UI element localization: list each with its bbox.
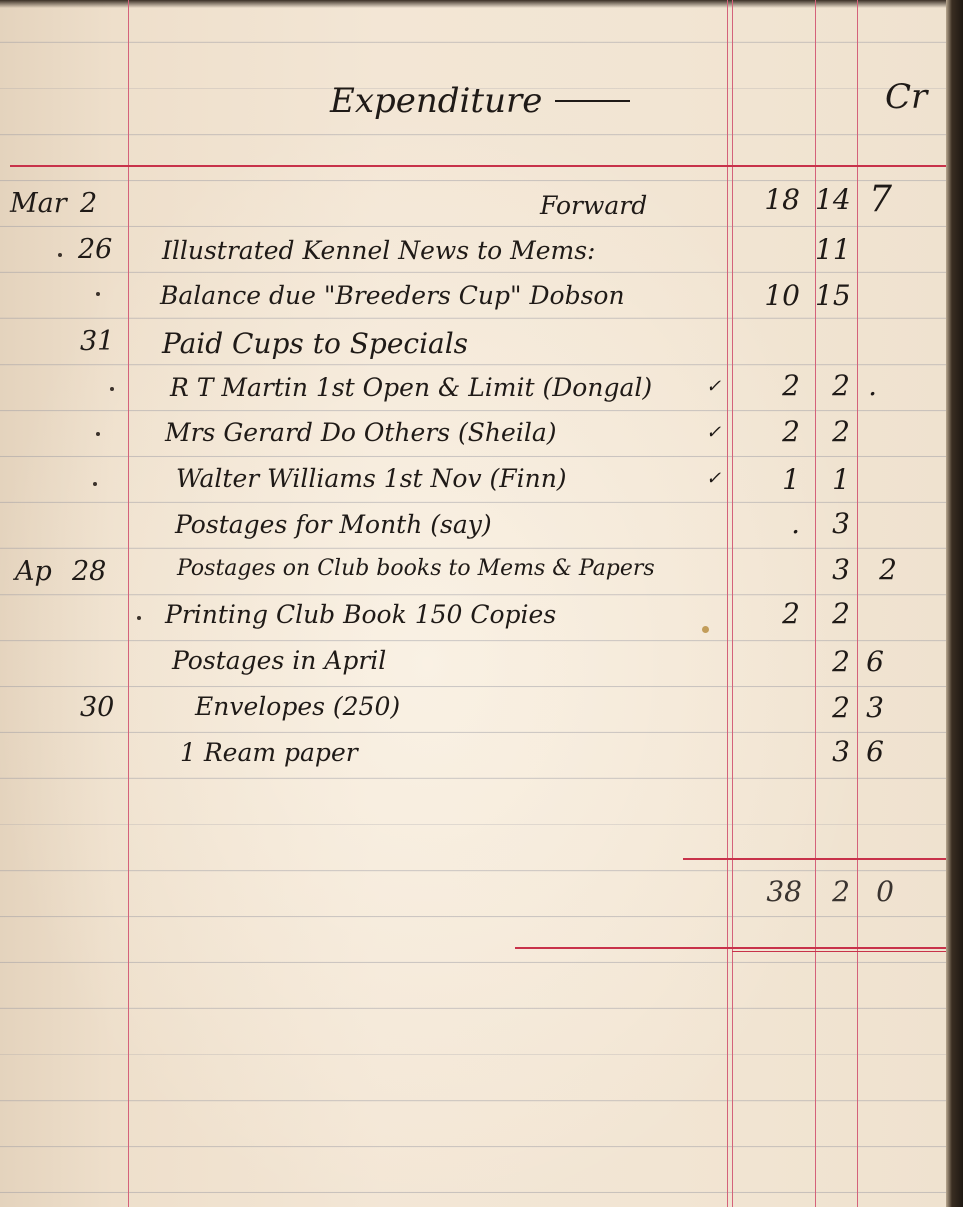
total-double-rule-bottom [732, 951, 946, 952]
row-description: Postages for Month (say) [175, 512, 492, 537]
row-day: 28 [72, 558, 106, 585]
row-pence: 7 [862, 182, 892, 218]
row-description: Forward [540, 193, 647, 218]
check-mark-icon: ✓ [706, 470, 721, 488]
row-description: Envelopes (250) [195, 694, 400, 719]
row-shillings: 11 [815, 236, 850, 264]
total-double-rule-top [515, 947, 946, 949]
row-description: Mrs Gerard Do Others (Sheila) [165, 420, 556, 445]
row-description: Postages on Club books to Mems & Papers [177, 558, 655, 580]
total-pence: 0 [862, 878, 894, 906]
check-mark-icon: ✓ [706, 424, 721, 442]
row-pounds: 10 [755, 282, 800, 310]
row-description: Illustrated Kennel News to Mems: [162, 238, 595, 263]
row-shillings: 2 [815, 600, 850, 628]
check-mark-icon: ✓ [706, 378, 721, 396]
row-pence: . [862, 372, 877, 400]
row-pence: 3 [862, 694, 884, 722]
pounds-column-rule-right [732, 0, 733, 1207]
total-shillings: 2 [815, 878, 850, 906]
row-shillings: 3 [815, 510, 850, 538]
paper-stain [702, 626, 709, 633]
row-pounds: 2 [755, 600, 800, 628]
header-red-rule [10, 165, 946, 167]
row-description: Paid Cups to Specials [162, 330, 468, 358]
row-pence: 2 [862, 556, 897, 584]
ink-dot [93, 482, 97, 486]
total-pounds: 38 [740, 878, 802, 906]
row-description: Postages in April [172, 648, 386, 673]
pounds-column-rule-left [727, 0, 728, 1207]
row-shillings: 15 [815, 282, 850, 310]
date-margin-rule [128, 0, 129, 1207]
row-pounds: 2 [755, 372, 800, 400]
ink-dot [58, 253, 62, 257]
row-pounds: 2 [755, 418, 800, 446]
credit-side-label: Cr [885, 80, 927, 114]
page-top-shadow [0, 0, 950, 8]
ink-dot [96, 432, 100, 436]
row-description: Walter Williams 1st Nov (Finn) [176, 466, 567, 491]
row-description: Balance due "Breeders Cup" Dobson [160, 283, 625, 308]
row-shillings: 3 [815, 738, 850, 766]
ink-dot [110, 387, 114, 391]
page-heading: Expenditure [330, 84, 542, 118]
row-description: R T Martin 1st Open & Limit (Dongal) [170, 375, 652, 400]
row-description: Printing Club Book 150 Copies [165, 602, 556, 627]
row-day: 26 [78, 236, 112, 263]
row-day: 30 [80, 694, 114, 721]
book-edge [946, 0, 963, 1207]
row-day: 2 [80, 190, 97, 217]
pence-column-rule [857, 0, 858, 1207]
row-month: Ap [15, 558, 52, 585]
row-shillings: 2 [815, 694, 850, 722]
ledger-page: Expenditure Cr Mar 2 Forward 18 14 7 26 … [0, 0, 950, 1207]
ink-dot [96, 292, 100, 296]
subtotal-red-rule [683, 858, 946, 860]
row-shillings: 1 [815, 466, 850, 494]
row-description: 1 Ream paper [180, 740, 358, 765]
row-pounds: 18 [755, 186, 800, 214]
row-pounds: 1 [755, 466, 800, 494]
heading-flourish [555, 100, 630, 102]
row-pounds: . [755, 510, 800, 538]
row-shillings: 2 [815, 648, 850, 676]
row-pence: 6 [862, 648, 884, 676]
row-shillings: 14 [815, 186, 850, 214]
row-shillings: 2 [815, 418, 850, 446]
row-shillings: 3 [815, 556, 850, 584]
row-day: 31 [80, 328, 114, 355]
row-shillings: 2 [815, 372, 850, 400]
row-month: Mar [10, 190, 67, 217]
ink-dot [137, 616, 141, 620]
row-pence: 6 [862, 738, 884, 766]
